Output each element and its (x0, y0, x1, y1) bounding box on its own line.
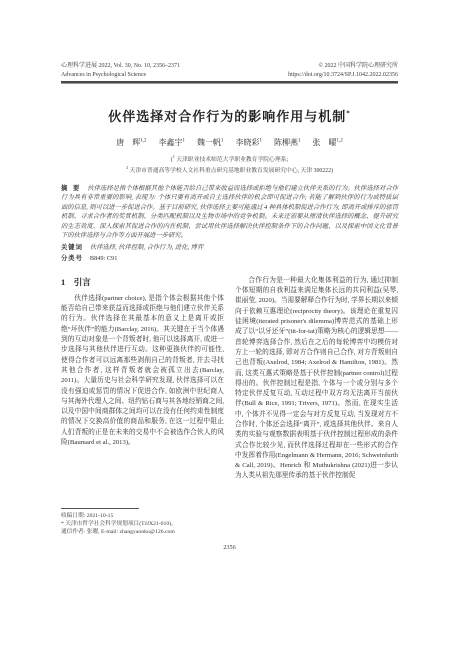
abstract: 摘 要伙伴选择是指个体根据其他个体能否给自己带来收益而选择或拒绝与他们建立伙伴关… (61, 184, 398, 241)
two-column-body: 1 引言 伙伴选择(partner choice), 是指个体会根据其他个体能否… (61, 276, 398, 516)
header-rule (61, 81, 398, 84)
doi-line: https://doi.org/10.3724/SP.J.1042.2022.0… (288, 71, 398, 80)
footnote-correspondence: 通信作者: 张曜, E-mail: zhangyaonku@126.com (61, 528, 231, 536)
author: 李晓彩1 (236, 138, 263, 147)
journal-header: 心理科学进展 2022, Vol. 30, No. 10, 2356–2371 … (61, 62, 398, 79)
page-sheet: 心理科学进展 2022, Vol. 30, No. 10, 2356–2371 … (61, 62, 398, 516)
affiliations: (1 天津职业技术师范大学职业教育学院心理系; 2 天津市普通高等学校人文社科重… (61, 153, 398, 175)
keywords-label: 关键词 (61, 244, 83, 251)
author: 张 曜1,2 (313, 138, 343, 147)
author: 魏一帆1 (197, 138, 224, 147)
abstract-label: 摘 要 (61, 185, 81, 192)
paper-title-text: 伙伴选择对合作行为的影响作用与机制 (108, 109, 346, 124)
author: 李鑫宇1 (159, 138, 186, 147)
title-footnote-marker: * (346, 110, 351, 118)
author-affil-sup: 1 (221, 138, 224, 143)
author-name: 李鑫宇 (159, 138, 183, 147)
classification-code: B849: C91 (90, 255, 117, 262)
author-affil-sup: 1 (298, 138, 301, 143)
classification-line: 分类号B849: C91 (61, 254, 398, 264)
affiliation-line: (1 天津职业技术师范大学职业教育学院心理系; (61, 153, 398, 164)
author-name: 陈柳燕 (274, 138, 298, 147)
affiliation-line: 2 天津市普通高等学校人文社科重点研究基地职业教育发展研究中心, 天津 3002… (61, 164, 398, 175)
footnote-block: 收稿日期: 2021-10-15 * 天津市哲学社会科学规划项目(TJJX21-… (61, 508, 231, 537)
paper-title: 伙伴选择对合作行为的影响作用与机制* (61, 106, 398, 125)
journal-title-cn: 心理科学进展 2022, Vol. 30, No. 10, 2356–2371 (61, 62, 180, 71)
section-heading-intro: 1 引言 (61, 276, 224, 288)
abstract-text: 伙伴选择是指个体根据其他个体能否给自己带来收益而选择或拒绝与他们建立伙伴关系的行… (61, 185, 398, 240)
author: 陈柳燕1 (274, 138, 301, 147)
author-name: 张 曜 (313, 138, 337, 147)
copyright-line: © 2022 中国科学院心理研究所 (288, 62, 398, 71)
author-affil-sup: 1,2 (140, 138, 146, 143)
author-affil-sup: 1 (260, 138, 263, 143)
author-name: 李晓彩 (236, 138, 260, 147)
journal-header-left: 心理科学进展 2022, Vol. 30, No. 10, 2356–2371 … (61, 62, 180, 79)
author-name: 唐 辉 (116, 138, 140, 147)
journal-title-en: Advances in Psychological Science (61, 71, 180, 80)
footnote-funding: * 天津市哲学社会科学规划项目(TJJX21-010)。 (61, 520, 231, 528)
footnote-rule (61, 508, 139, 509)
affiliation-text: 天津职业技术师范大学职业教育学院心理系; (175, 157, 288, 163)
paper-page: { "header": { "journal_cn": "心理科学进展 2022… (0, 0, 459, 650)
author-affil-sup: 1 (183, 138, 186, 143)
author-name: 魏一帆 (197, 138, 221, 147)
left-column: 1 引言 伙伴选择(partner choice), 是指个体会根据其他个体能否… (61, 276, 224, 516)
journal-header-right: © 2022 中国科学院心理研究所 https://doi.org/10.372… (288, 62, 398, 79)
right-column: 合作行为是一种最大化集体利益的行为, 通过抑制个体短期的自我利益来满足集体长远的… (235, 276, 398, 516)
author-affil-sup: 1,2 (337, 138, 343, 143)
classification-label: 分类号 (61, 255, 83, 262)
intro-paragraph-left: 伙伴选择(partner choice), 是指个体会根据其他个体能否给自己带来… (61, 294, 224, 448)
keywords-text: 伙伴选择, 伙伴控制, 合作行为, 进化, 博弈 (90, 244, 203, 251)
footnote-received: 收稿日期: 2021-10-15 (61, 512, 231, 520)
author-list: 唐 辉1,2 李鑫宇1 魏一帆1 李晓彩1 陈柳燕1 张 曜1,2 (61, 137, 398, 148)
page-number: 2356 (0, 544, 459, 551)
keywords-line: 关键词伙伴选择, 伙伴控制, 合作行为, 进化, 博弈 (61, 243, 398, 253)
affiliation-text: 天津市普通高等学校人文社科重点研究基地职业教育发展研究中心, 天津 300222… (128, 168, 333, 174)
intro-paragraph-right: 合作行为是一种最大化集体利益的行为, 通过抑制个体短期的自我利益来满足集体长远的… (235, 276, 398, 482)
author: 唐 辉1,2 (116, 138, 146, 147)
